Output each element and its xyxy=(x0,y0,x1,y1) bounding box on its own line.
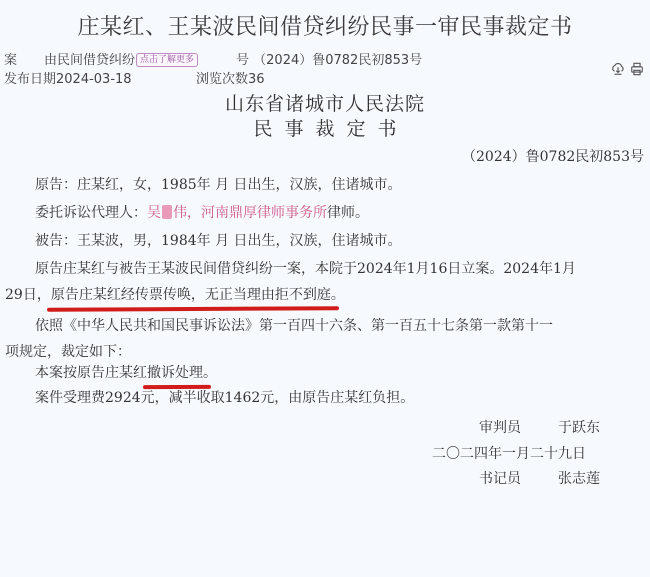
clerk-name: 张志莲 xyxy=(558,468,600,488)
case-cause-value: 由民间借贷纠纷 xyxy=(44,49,135,68)
paragraph-2-line-2: 项规定，裁定如下： xyxy=(5,341,131,361)
print-icon[interactable] xyxy=(630,62,644,76)
case-cause-label: 案 xyxy=(4,49,44,68)
paragraph-2-line-1: 依照《中华人民共和国民事诉讼法》第一百四十六条、第一百五十七条第一款第十一 xyxy=(35,315,553,335)
publish-date-label: 发布日期 xyxy=(4,72,56,87)
plaintiff-line: 原告：庄某红，女，1985年 月 日出生，汉族，住诸城市。 xyxy=(35,174,402,194)
case-meta-row: 案由民间借贷纠纷点击了解更多 号 （2024）鲁0782民初853号 xyxy=(4,49,198,68)
download-icon[interactable] xyxy=(611,62,625,76)
view-count-label: 浏览次数 xyxy=(196,72,248,87)
judge-label: 审判员 xyxy=(479,417,521,437)
agent-name-last: 伟， xyxy=(173,205,201,221)
learn-more-button[interactable]: 点击了解更多 xyxy=(136,53,198,67)
ruling-suffix: 。 xyxy=(203,365,217,381)
judge-name: 于跃东 xyxy=(558,417,600,437)
para1-prefix: 29日， xyxy=(5,287,51,303)
view-count-value: 36 xyxy=(248,72,265,87)
agent-suffix: 律师。 xyxy=(327,205,369,221)
para1-suffix: 。 xyxy=(331,287,345,303)
redaction-mark xyxy=(162,205,172,219)
defendant-line: 被告：王某波，男，1984年 月 日出生，汉族，住诸城市。 xyxy=(35,230,402,250)
highlight-text: 原告庄某红经传票传唤，无正当理由拒不到庭 xyxy=(51,287,331,303)
highlighted-absence-text: 原告庄某红经传票传唤，无正当理由拒不到庭 xyxy=(51,284,331,304)
publish-date: 发布日期2024-03-18 xyxy=(4,68,132,87)
toolbar xyxy=(611,62,644,76)
ruling-prefix: 本案按原告庄某红 xyxy=(35,365,147,381)
fee-line: 案件受理费2924元，减半收取1462元，由原告庄某红负担。 xyxy=(35,387,414,407)
agent-line: 委托诉讼代理人：吴伟，河南鼎厚律师事务所律师。 xyxy=(35,202,369,222)
clerk-label: 书记员 xyxy=(479,468,521,488)
page-title: 庄某红、王某波民间借贷纠纷民事一审民事裁定书 xyxy=(0,10,650,41)
view-count: 浏览次数36 xyxy=(196,68,265,87)
agent-name-first: 吴 xyxy=(147,205,161,221)
publish-date-value: 2024-03-18 xyxy=(56,72,132,87)
case-number-value: （2024）鲁0782民初853号 xyxy=(253,53,422,68)
ruling-date: 二〇二四年一月二十九日 xyxy=(432,443,586,463)
agent-firm: 河南鼎厚律师事务所 xyxy=(201,205,327,221)
highlight-text: 撤诉处理 xyxy=(147,365,203,381)
ruling-line: 本案按原告庄某红撤诉处理。 xyxy=(35,362,217,382)
publish-meta-row: 发布日期2024-03-18 浏览次数36 xyxy=(4,68,132,87)
case-number: 号 （2024）鲁0782民初853号 xyxy=(236,49,422,68)
agent-label: 委托诉讼代理人： xyxy=(35,205,147,221)
document-type: 民事裁定书 xyxy=(0,114,650,141)
document-number: （2024）鲁0782民初853号 xyxy=(462,146,644,166)
case-number-label: 号 xyxy=(236,53,249,68)
paragraph-1-line-2: 29日，原告庄某红经传票传唤，无正当理由拒不到庭。 xyxy=(5,284,345,304)
red-underline-mark xyxy=(47,306,339,312)
highlighted-withdrawal-text: 撤诉处理 xyxy=(147,362,203,382)
court-name: 山东省诸城市人民法院 xyxy=(0,89,650,116)
paragraph-1-line-1: 原告庄某红与被告王某波民间借贷纠纷一案，本院于2024年1月16日立案。2024… xyxy=(35,258,576,278)
